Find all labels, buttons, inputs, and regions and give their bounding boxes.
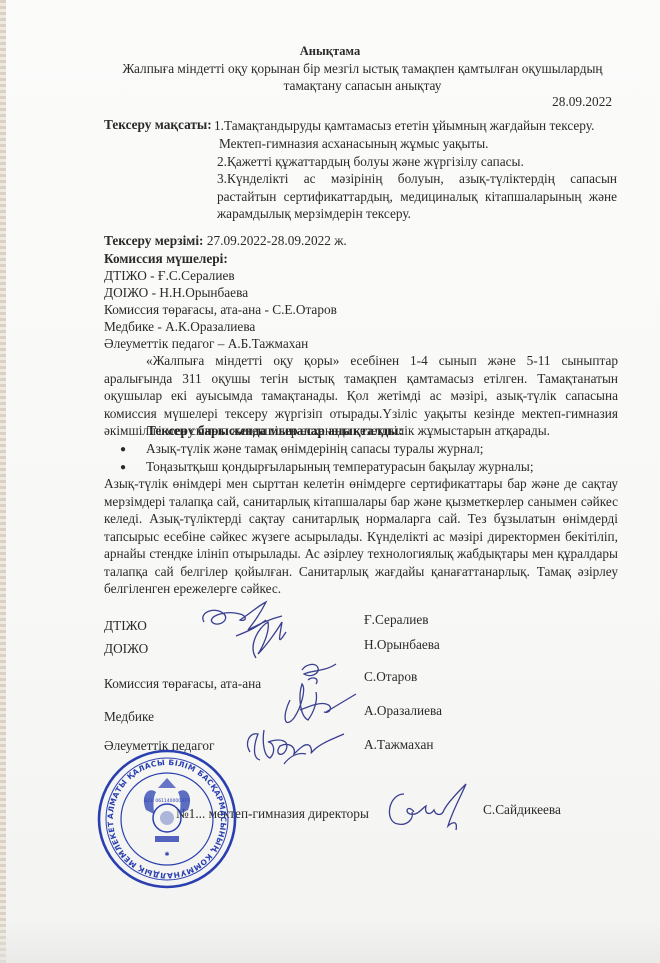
findings-label: Тексеру барысында мыналар анықталды: xyxy=(147,423,403,439)
commission-member: ДТІЖО - Ғ.С.Сералиев xyxy=(104,268,235,284)
period-value: 27.09.2022-28.09.2022 ж. xyxy=(204,233,347,248)
signature-name: Ғ.Сералиев xyxy=(364,612,429,628)
page-binding-edge xyxy=(0,0,6,963)
signature-name: С.Отаров xyxy=(364,669,417,685)
document-title: Анықтама xyxy=(0,44,660,59)
findings-bullet: ●Азық-түлік және тамақ өнімдерінің сапас… xyxy=(120,441,483,457)
bullet-icon: ● xyxy=(120,462,146,473)
document-date: 28.09.2022 xyxy=(552,94,612,110)
inspection-period: Тексеру мерзімі: 27.09.2022-28.09.2022 ж… xyxy=(104,233,347,249)
svg-text:✱: ✱ xyxy=(164,851,169,858)
purpose-item-1: 1.Тамақтандыруды қамтамасыз ететін ұйымн… xyxy=(214,117,594,134)
director-name: С.Сайдикеева xyxy=(483,802,561,818)
bullet-icon: ● xyxy=(120,444,146,455)
commission-member: Комиссия төрағасы, ата-ана - С.Е.Отаров xyxy=(104,302,337,318)
svg-text:БСН 061140000377: БСН 061140000377 xyxy=(144,798,190,804)
purpose-item-2: 2.Қажетті құжаттардың болуы және жүргізі… xyxy=(217,153,524,170)
signature-name: А.Тажмахан xyxy=(364,737,434,753)
purpose-label: Тексеру мақсаты: xyxy=(104,117,212,133)
scanned-document-page: Анықтама Жалпыға міндетті оқу қорынан бі… xyxy=(0,0,660,963)
signature-name: А.Оразалиева xyxy=(364,703,442,719)
purpose-item-1-cont: Мектеп-гимназия асханасының жұмыс уақыты… xyxy=(219,135,489,152)
conclusion-paragraph: Азық-түлік өнімдері мен сырттан келетін … xyxy=(104,475,618,598)
document-subtitle: Жалпыға міндетті оқу қорынан бір мезгіл … xyxy=(100,60,625,94)
official-stamp-icon: АЛМАТЫ ҚАЛАСЫ БІЛІМ БАСҚАРМАСЫНЫҢ КОММУН… xyxy=(96,748,238,890)
signature-director-icon xyxy=(378,782,478,838)
signature-name: Н.Орынбаева xyxy=(364,637,440,653)
findings-bullet: ●Тоңазытқыш қондырғыларының температурас… xyxy=(120,459,534,475)
signature-seraliev-icon xyxy=(196,592,306,662)
signature-role: Медбике xyxy=(104,709,154,725)
signature-role: Комиссия төрағасы, ата-ана xyxy=(104,676,261,692)
commission-member: Медбике - А.К.Оразалиева xyxy=(104,319,255,335)
scan-shadow xyxy=(0,920,660,963)
signature-tazhmakhan-icon xyxy=(240,712,350,772)
signature-role: ДОІЖО xyxy=(104,641,148,657)
commission-member: Әлеуметтік педагог – А.Б.Тажмахан xyxy=(104,336,308,352)
signature-role: ДТІЖО xyxy=(104,618,147,634)
purpose-item-3: 3.Күнделікті ас мәзірінің болуын, азық-т… xyxy=(217,170,617,223)
commission-label: Комиссия мүшелері: xyxy=(104,251,228,267)
period-label: Тексеру мерзімі: xyxy=(104,233,204,248)
commission-member: ДОІЖО - Н.Н.Орынбаева xyxy=(104,285,248,301)
